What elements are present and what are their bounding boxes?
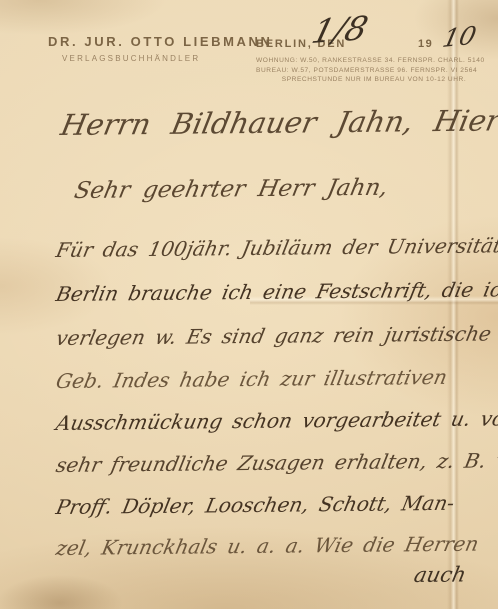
handwritten-year: 10 — [440, 21, 479, 53]
recipient-line: Herrn Bildhauer Jahn, Hier — [58, 103, 498, 142]
body-line: Für das 100jähr. Jubiläum der Universitä… — [54, 233, 498, 262]
body-line: Proff. Döpler, Looschen, Schott, Man- — [54, 491, 457, 519]
fold-crease-vertical — [447, 0, 459, 609]
body-line: Ausschmückung schon vorgearbeitet u. vor… — [54, 406, 498, 435]
body-line: verlegen w. Es sind ganz rein juristisch… — [54, 321, 493, 350]
letterhead-info-line: BUREAU: W.57, POTSDAMERSTRASSE 96. FERNS… — [256, 66, 492, 76]
fold-crease-horizontal — [250, 296, 498, 305]
letterhead-contact-info: WOHNUNG: W.50, RANKESTRASSE 34. FERNSPR.… — [256, 56, 492, 85]
letterhead-sender-title: VERLAGSBUCHHÄNDLER — [62, 54, 200, 63]
catchword: auch — [412, 562, 468, 587]
letterhead-place-date-label: BERLIN, DEN — [256, 38, 346, 50]
letterhead-info-line: SPRECHSTUNDE NUR IM BUREAU VON 10-12 UHR… — [256, 75, 492, 85]
letterhead-year-printed: 19 — [418, 38, 433, 50]
letterhead-info-line: WOHNUNG: W.50, RANKESTRASSE 34. FERNSPR.… — [256, 56, 492, 66]
body-line: zel, Krunckhals u. a. a. Wie die Herren — [54, 532, 481, 560]
salutation-line: Sehr geehrter Herr Jahn, — [72, 175, 390, 204]
letterhead-sender-name: DR. JUR. OTTO LIEBMANN — [48, 34, 273, 49]
scanned-letter-page: DR. JUR. OTTO LIEBMANN VERLAGSBUCHHÄNDLE… — [0, 0, 498, 609]
body-line: Geb. Indes habe ich zur illustrativen — [54, 365, 449, 393]
body-line: Berlin brauche ich eine Festschrift, die… — [54, 276, 498, 306]
body-line: sehr freundliche Zusagen erhalten, z. B.… — [54, 448, 498, 477]
